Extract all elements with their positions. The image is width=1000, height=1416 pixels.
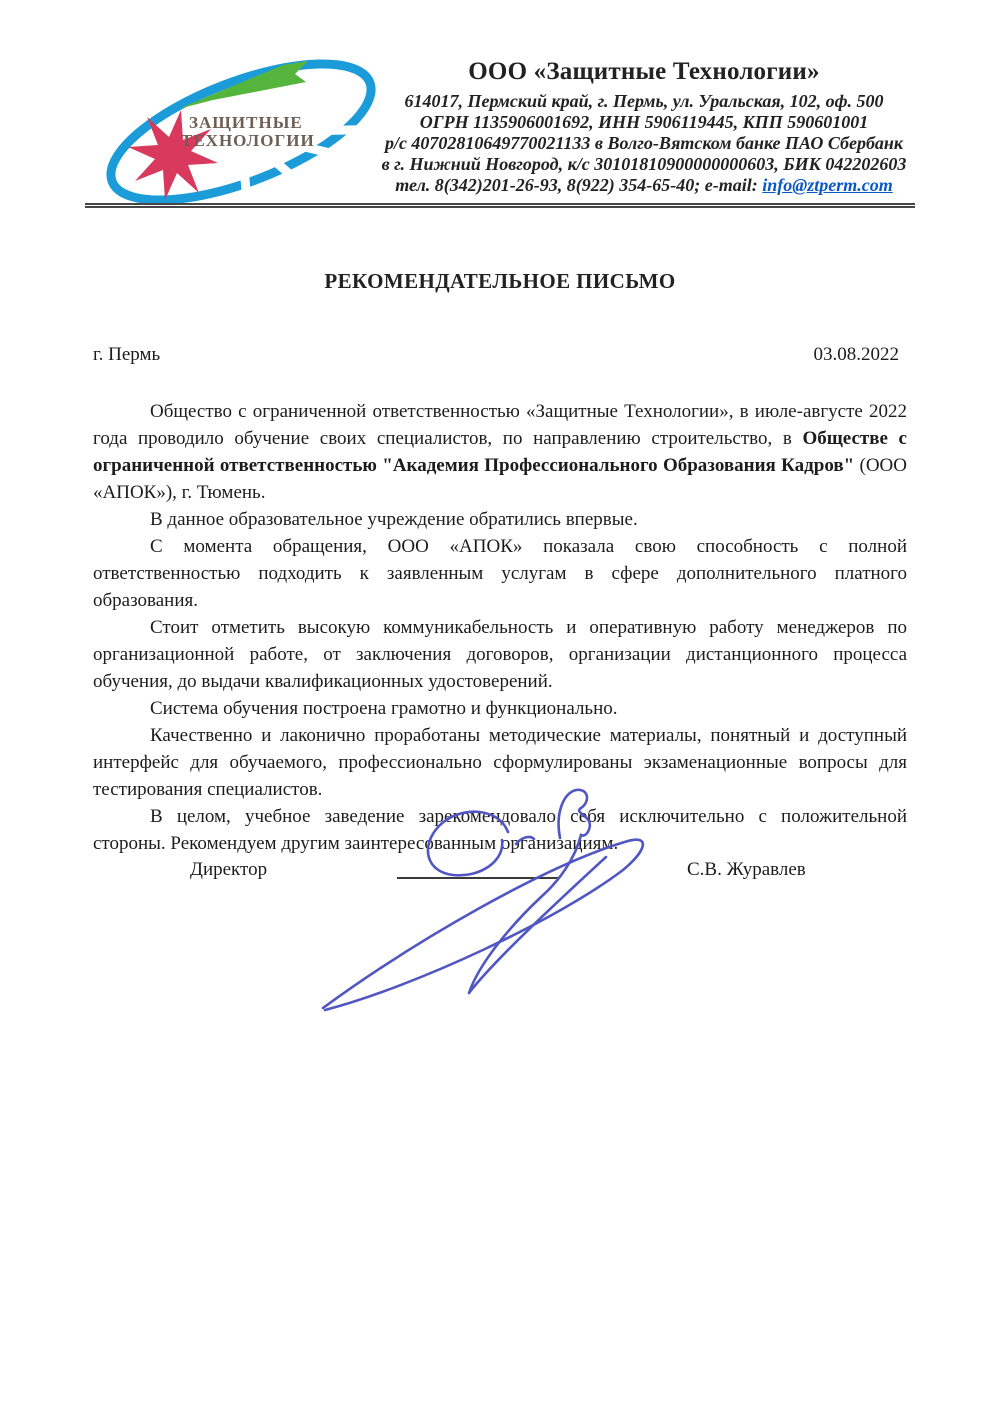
signer-role: Директор [190,859,267,881]
email-link[interactable]: info@ztperm.com [762,175,892,195]
logo-wordmark-line1: ЗАЩИТНЫЕ [189,113,303,132]
paragraph-intro: Общество с ограниченной ответственностью… [93,398,907,506]
letter-title: РЕКОМЕНДАТЕЛЬНОЕ ПИСЬМО [0,269,1000,294]
paragraph-managers: Стоит отметить высокую коммуникабельност… [93,614,907,695]
company-logo-icon: ЗАЩИТНЫЕ ТЕХНОЛОГИИ [93,52,393,214]
letterhead-bank-line-2: в г. Нижний Новгород, к/с 30101810900000… [378,154,910,175]
signature-loop-stroke [323,840,643,1010]
letterhead-divider [85,203,915,208]
signature-line [397,877,558,879]
letterhead-address-line: 614017, Пермский край, г. Пермь, ул. Ура… [378,91,910,112]
letterhead-contact-line: тел. 8(342)201-26-93, 8(922) 354-65-40; … [378,175,910,196]
paragraph-system: Система обучения построена грамотно и фу… [93,695,907,722]
letter-city: г. Пермь [93,344,160,366]
paragraph-responsibility: С момента обращения, ООО «АПОК» показала… [93,533,907,614]
logo-arrow-icon [178,61,308,109]
paragraph-intro-start: Общество с ограниченной ответственностью… [93,401,907,449]
letterhead: ООО «Защитные Технологии» 614017, Пермск… [378,58,910,196]
phone-numbers: тел. 8(342)201-26-93, 8(922) 354-65-40; … [395,175,762,195]
letter-meta-row: г. Пермь 03.08.2022 [93,344,899,366]
letterhead-bank-line: р/с 40702810649770021133 в Волго-Вятском… [378,133,910,154]
letter-page: ЗАЩИТНЫЕ ТЕХНОЛОГИИ ООО «Защитные Технол… [0,0,1000,1416]
signer-name: С.В. Журавлев [687,859,806,881]
letter-body: Общество с ограниченной ответственностью… [93,398,907,857]
logo-wordmark-line2: ТЕХНОЛОГИИ [181,131,315,150]
letter-date: 03.08.2022 [814,344,900,366]
company-name: ООО «Защитные Технологии» [378,58,910,86]
paragraph-materials: Качественно и лаконично проработаны мето… [93,722,907,803]
paragraph-conclusion: В целом, учебное заведение зарекомендова… [93,803,907,857]
paragraph-first-contact: В данное образовательное учреждение обра… [93,506,907,533]
letterhead-registration-line: ОГРН 1135906001692, ИНН 5906119445, КПП … [378,112,910,133]
